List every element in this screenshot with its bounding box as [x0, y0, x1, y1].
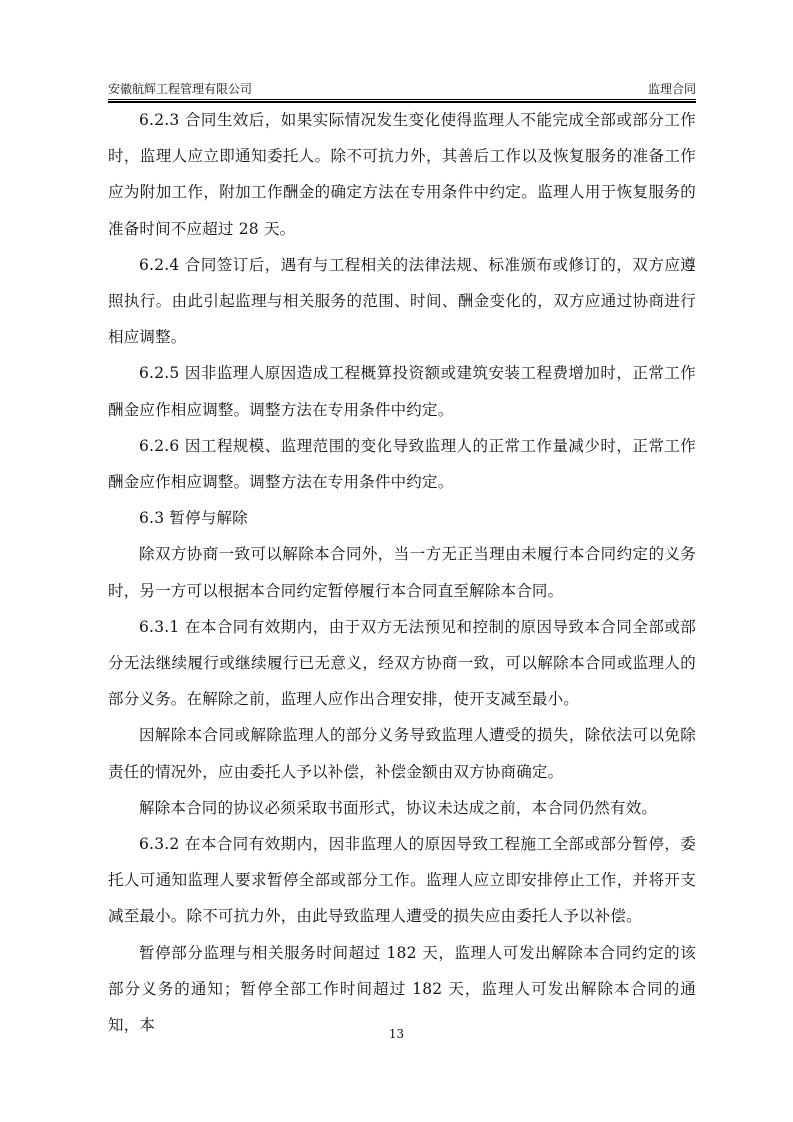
clause-6-2-6: 6.2.6 因工程规模、监理范围的变化导致监理人的正常工作量减少时，正常工作酬金… — [108, 428, 696, 500]
clause-6-3-1: 6.3.1 在本合同有效期内，由于双方无法预见和控制的原因导致本合同全部或部分无… — [108, 609, 696, 718]
clause-6-2-3: 6.2.3 合同生效后，如果实际情况发生变化使得监理人不能完成全部或部分工作时，… — [108, 102, 696, 247]
clause-6-3-1-written-form: 解除本合同的协议必须采取书面形式，协议未达成之前，本合同仍然有效。 — [108, 790, 696, 826]
document-body: 6.2.3 合同生效后，如果实际情况发生变化使得监理人不能完成全部或部分工作时，… — [108, 102, 696, 1043]
header-company-name: 安徽航辉工程管理有限公司 — [108, 81, 252, 98]
section-heading-6-3: 6.3 暂停与解除 — [108, 500, 696, 536]
clause-6-3-1-compensation: 因解除本合同或解除监理人的部分义务导致监理人遭受的损失，除依法可以免除责任的情况… — [108, 717, 696, 789]
page-header: 安徽航辉工程管理有限公司 监理合同 — [108, 81, 696, 98]
header-document-type: 监理合同 — [648, 81, 696, 98]
section-6-3-intro: 除双方协商一致可以解除本合同外，当一方无正当理由未履行本合同约定的义务时，另一方… — [108, 536, 696, 608]
clause-6-2-5: 6.2.5 因非监理人原因造成工程概算投资额或建筑安装工程费增加时，正常工作酬金… — [108, 355, 696, 427]
clause-6-2-4: 6.2.4 合同签订后，遇有与工程相关的法律法规、标准颁布或修订的，双方应遵照执… — [108, 247, 696, 356]
header-rule-thin — [108, 99, 696, 100]
clause-6-3-2: 6.3.2 在本合同有效期内，因非监理人的原因导致工程施工全部或部分暂停，委托人… — [108, 826, 696, 935]
page-number: 13 — [0, 1027, 793, 1041]
